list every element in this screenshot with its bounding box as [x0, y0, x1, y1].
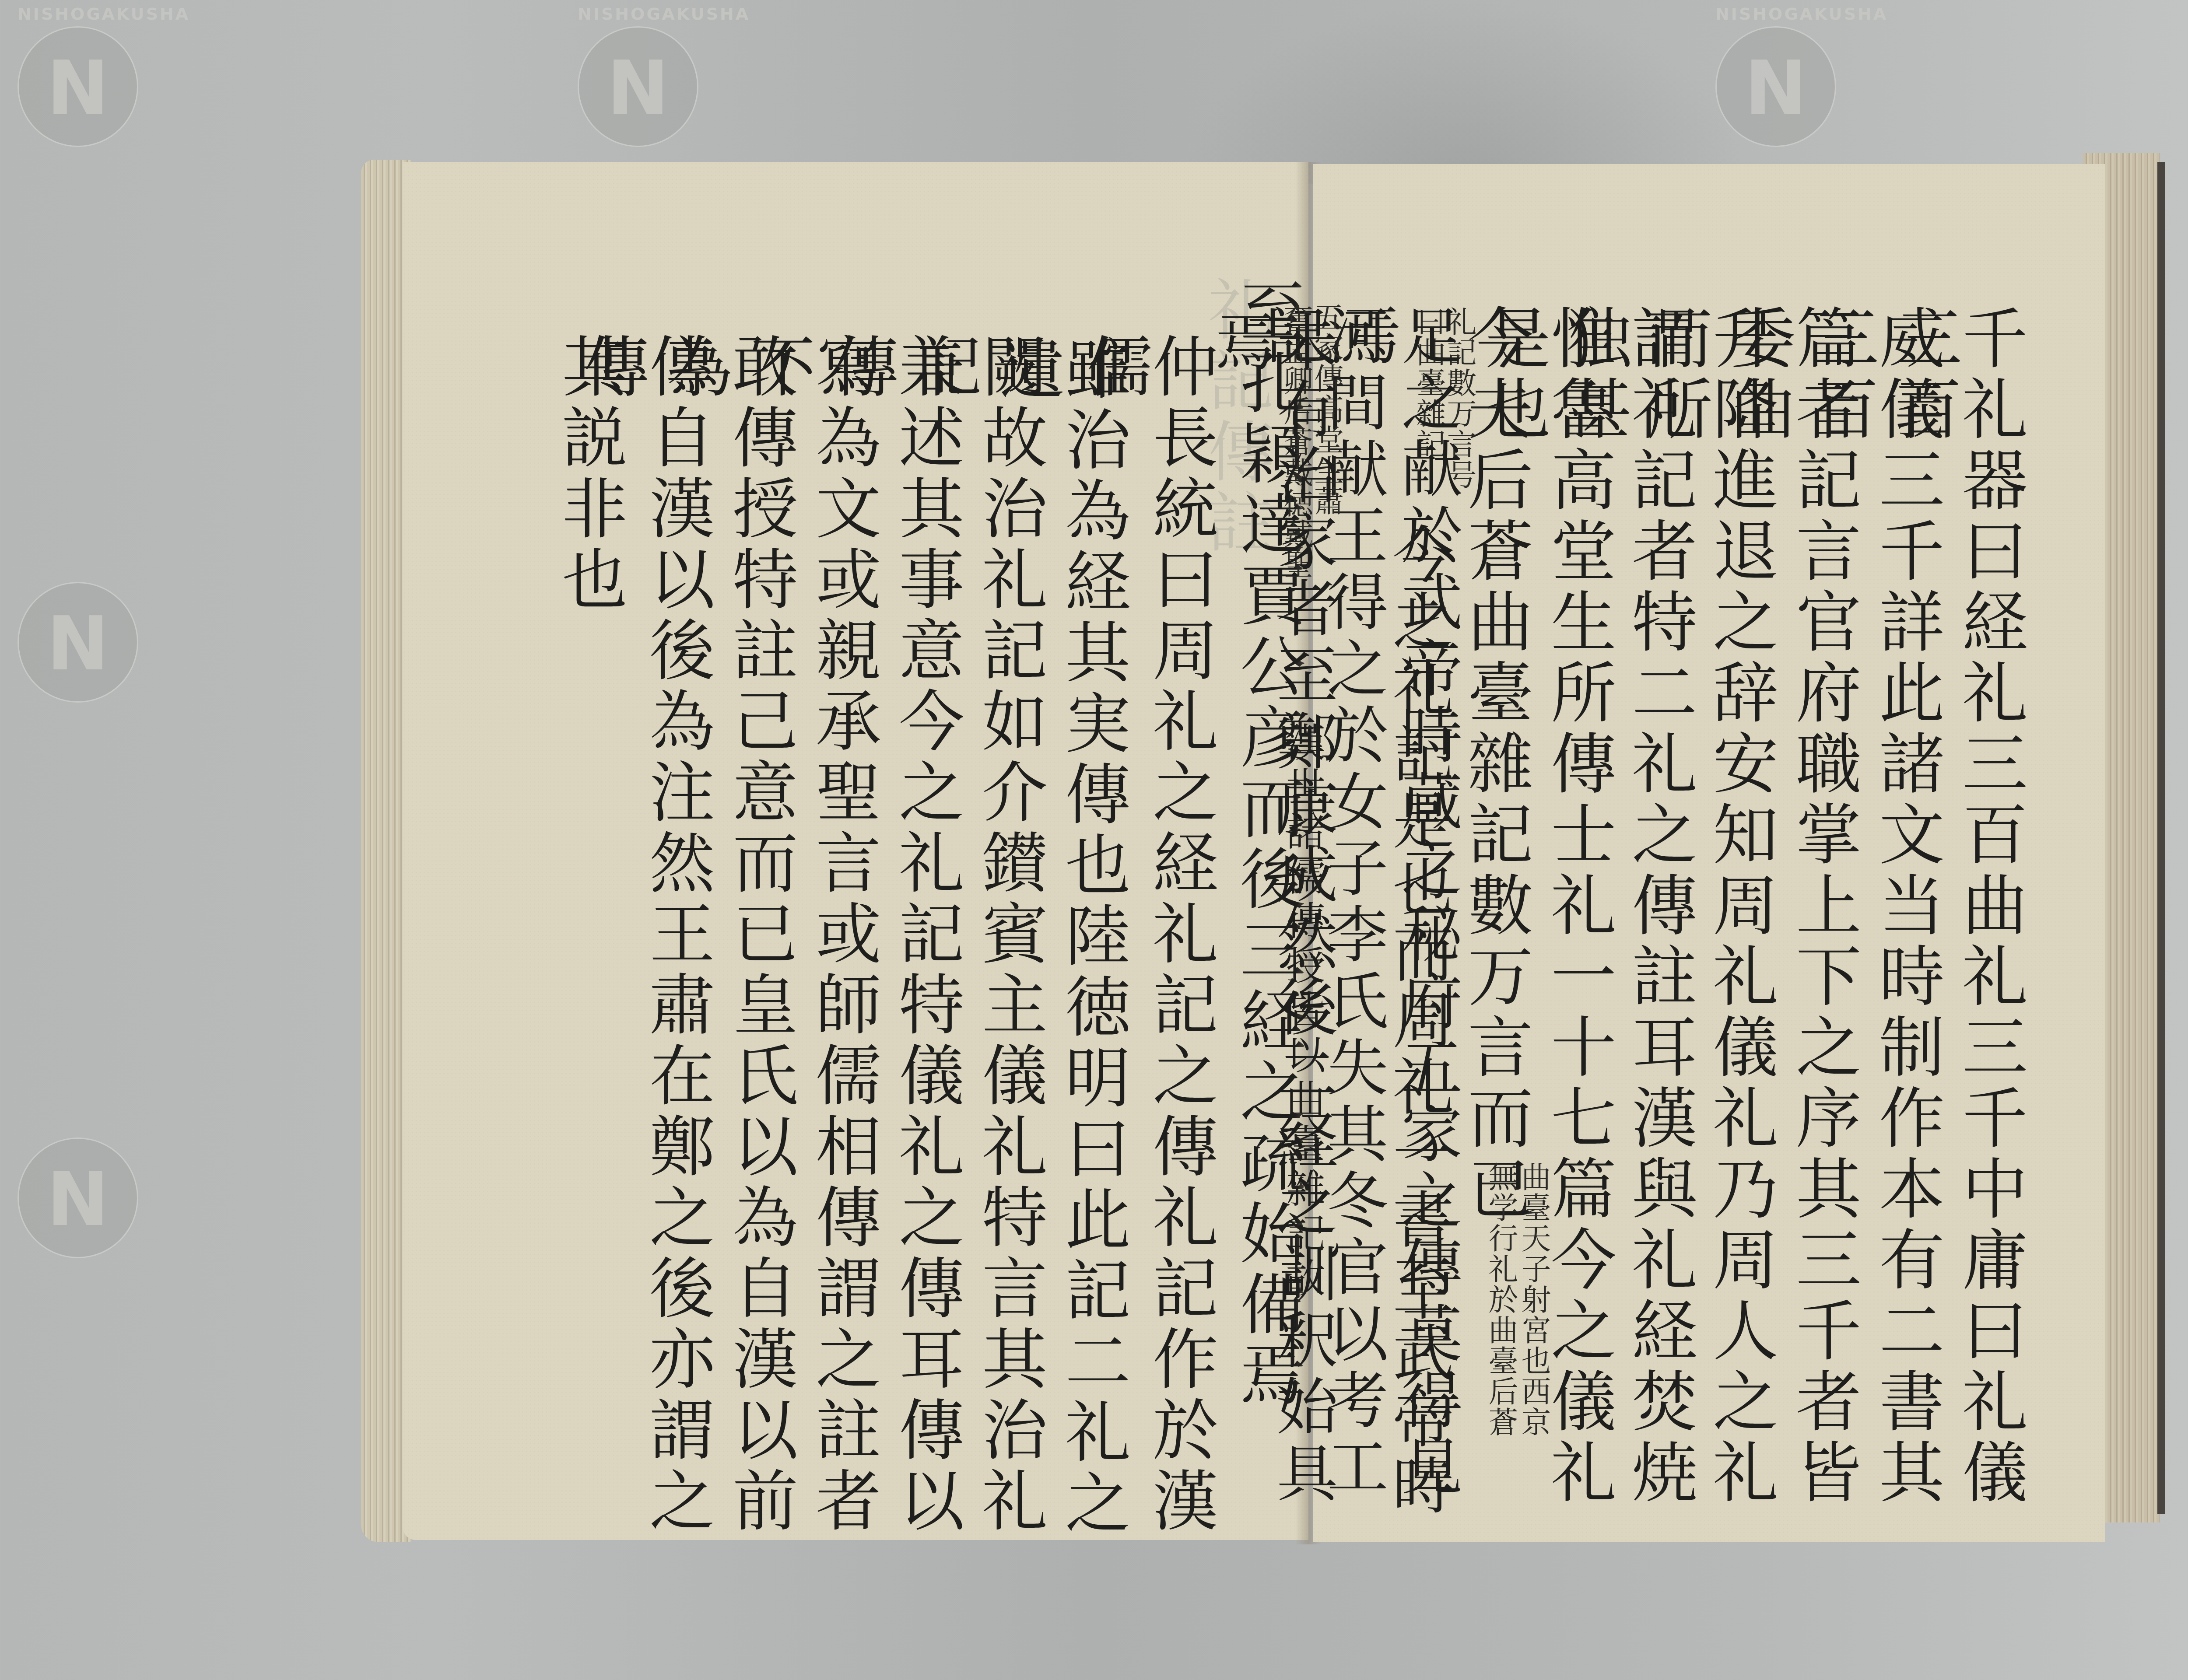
watermark-label: NISHOGAKUSHA	[1715, 4, 1888, 24]
text-column: 足之献於武帝時蔵之秘府五家之傳莫得見焉	[1335, 304, 1457, 1553]
annotation-column: 曲臺天子射宮也西京	[1518, 1162, 1549, 1437]
open-book: 礼記傳註 至孔穎達賈公彦而後三経之疏始備焉 仲長統曰周礼之経礼記之傳礼記作於漢儒…	[350, 153, 2188, 1553]
book-cover-edge	[2157, 162, 2165, 1514]
watermark-label: NISHOGAKUSHA	[578, 4, 750, 24]
watermark-logo-icon	[578, 26, 698, 147]
watermark-logo-icon	[18, 1137, 138, 1258]
watermark-logo-icon	[18, 26, 138, 147]
annotation-column: 無学行礼於曲臺后蒼	[1485, 1162, 1516, 1437]
left-page: 礼記傳註 至孔穎達賈公彦而後三経之疏始備焉 仲長統曰周礼之経礼記之傳礼記作於漢儒…	[403, 162, 1308, 1540]
text-column: 其説非也	[556, 332, 621, 616]
text-column: 未有治家者至鄭康成然後二経之訓釈始具焉	[1210, 311, 1332, 1553]
watermark-logo-icon	[18, 582, 138, 703]
watermark-logo-icon	[1715, 26, 1836, 147]
watermark-label: NISHOGAKUSHA	[18, 4, 190, 24]
